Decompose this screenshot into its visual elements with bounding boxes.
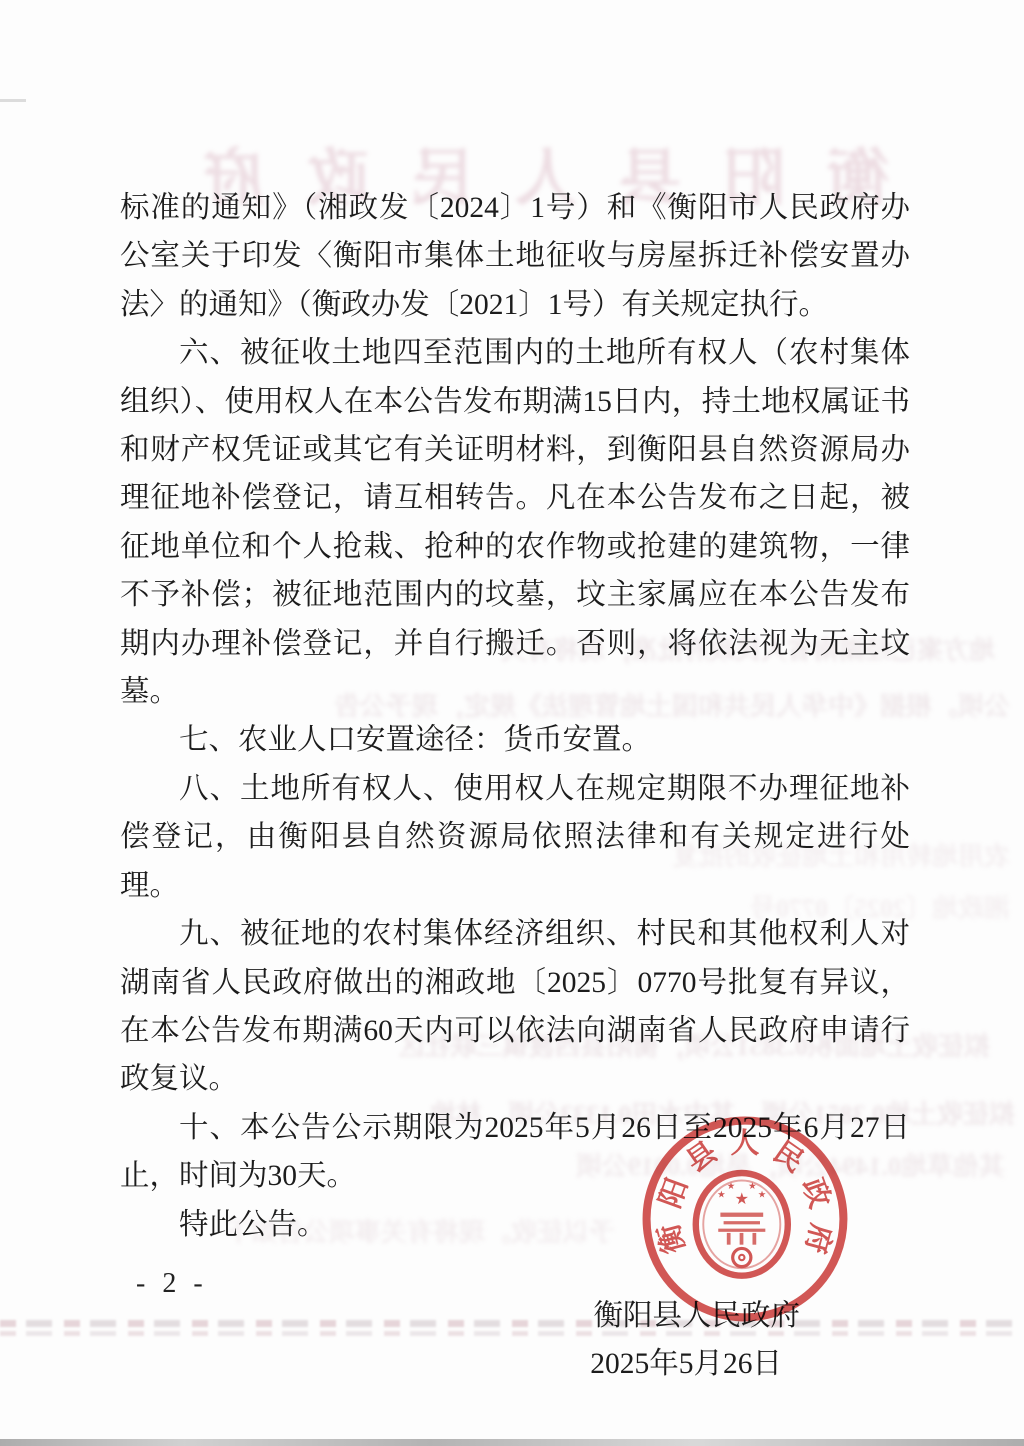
scan-artifact-dash <box>0 99 26 102</box>
body-paragraph-item-9: 九、被征地的农村集体经济组织、村民和其他权利人对湖南省人民政府做出的湘政地〔20… <box>120 910 910 1104</box>
body-paragraph-item-7: 七、农业人口安置途径：货币安置。 <box>120 716 910 764</box>
body-paragraph-item-8: 八、土地所有权人、使用权人在规定期限不办理征地补偿登记，由衡阳县自然资源局依照法… <box>120 765 910 910</box>
signature-block: 衡阳县人民政府 2025年5月26日 <box>120 1292 910 1389</box>
body-paragraph-item-6: 六、被征收土地四至范围内的土地所有权人（农村集体组织）、使用权人在本公告发布期满… <box>120 329 910 716</box>
closing-statement: 特此公告。 <box>120 1201 910 1249</box>
scan-edge-shadow <box>0 1439 1024 1446</box>
document-body: 标准的通知》（湘政发〔2024〕1号）和《衡阳市人民政府办公室关于印发〈衡阳市集… <box>120 184 910 1389</box>
body-paragraph-item-10: 十、本公告公示期限为2025年5月26日至2025年6月27日止，时间为30天。 <box>120 1104 910 1201</box>
issue-date: 2025年5月26日 <box>120 1340 910 1388</box>
scanned-document-page: 衡阳县人民政府 地方案已经湖南省人民政府批准，现将有关 公顷。根据《中华人民共和… <box>0 0 1024 1446</box>
page-number: - 2 - <box>136 1268 208 1300</box>
body-paragraph: 标准的通知》（湘政发〔2024〕1号）和《衡阳市人民政府办公室关于印发〈衡阳市集… <box>120 184 910 329</box>
issuing-authority: 衡阳县人民政府 <box>120 1292 910 1340</box>
